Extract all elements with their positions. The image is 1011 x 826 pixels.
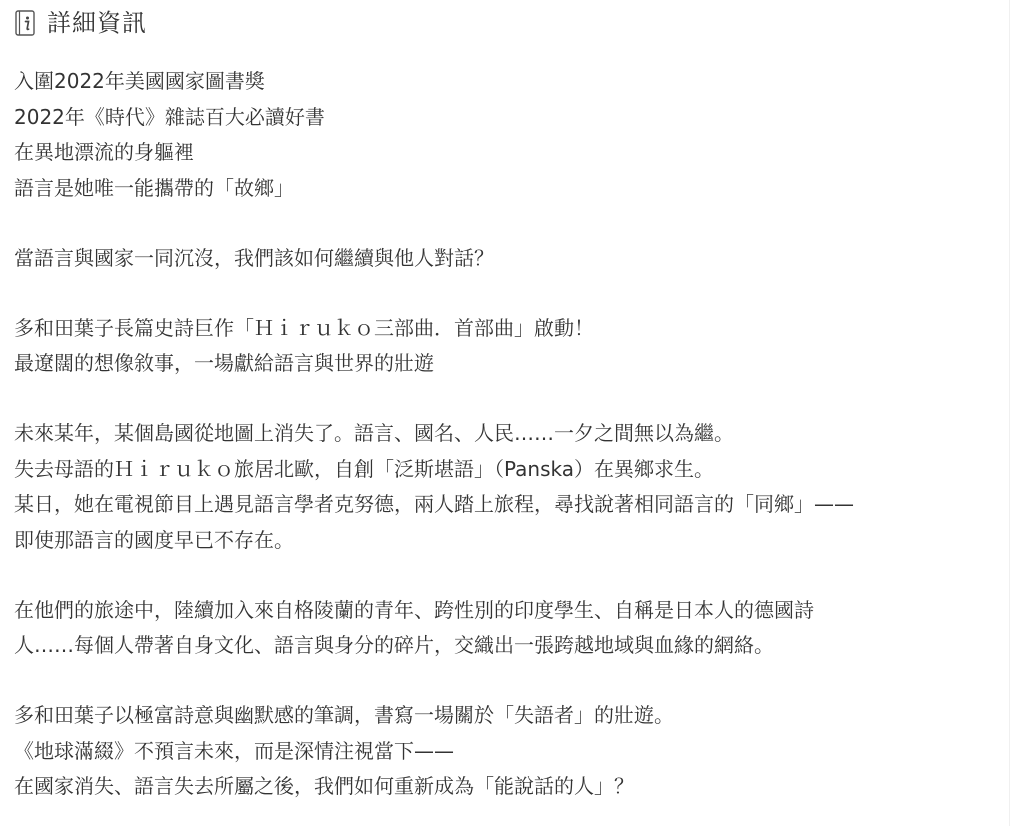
book-description: 入圍2022年美國國家圖書獎 2022年《時代》雜誌百大必讀好書 在異地漂流的身…	[14, 64, 994, 805]
paragraph-closing: 多和田葉子以極富詩意與幽默感的筆調，書寫一場關於「失語者」的壯遊。 《地球滿綴》…	[14, 698, 994, 805]
text-line: 《地球滿綴》不預言未來，而是深情注視當下——	[14, 734, 994, 770]
text-line: 失去母語的Ｈｉｒｕｋｏ旅居北歐，自創「泛斯堪語」（Panska）在異鄉求生。	[14, 452, 994, 488]
text-line: 多和田葉子以極富詩意與幽默感的筆調，書寫一場關於「失語者」的壯遊。	[14, 698, 994, 734]
paragraph-synopsis: 未來某年，某個島國從地圖上消失了。語言、國名、人民……一夕之間無以為繼。 失去母…	[14, 416, 994, 558]
paragraph-spacer	[14, 206, 994, 241]
paragraph-spacer	[14, 558, 994, 593]
text-line: 最遼闊的想像敘事，一場獻給語言與世界的壯遊	[14, 346, 994, 382]
info-book-icon	[15, 10, 35, 36]
paragraph-spacer	[14, 664, 994, 699]
paragraph-journey: 在他們的旅途中，陸續加入來自格陵蘭的青年、跨性別的印度學生、自稱是日本人的德國詩…	[14, 593, 994, 664]
text-line: 語言是她唯一能攜帶的「故鄉」	[14, 171, 994, 207]
text-line: 當語言與國家一同沉沒，我們該如何繼續與他人對話？	[14, 241, 994, 277]
section-title: 詳細資訊	[47, 6, 147, 40]
text-line: 在國家消失、語言失去所屬之後，我們如何重新成為「能說話的人」？	[14, 769, 994, 805]
text-line: 入圍2022年美國國家圖書獎	[14, 64, 994, 100]
text-line: 人……每個人帶著自身文化、語言與身分的碎片，交織出一張跨越地域與血緣的網絡。	[14, 628, 994, 664]
paragraph-question: 當語言與國家一同沉沒，我們該如何繼續與他人對話？	[14, 241, 994, 277]
paragraph-trilogy: 多和田葉子長篇史詩巨作「Ｈｉｒｕｋｏ三部曲．首部曲」啟動！ 最遼闊的想像敘事，一…	[14, 311, 994, 382]
text-line: 某日，她在電視節目上遇見語言學者克努德，兩人踏上旅程，尋找說著相同語言的「同鄉」…	[14, 487, 994, 523]
section-header: 詳細資訊	[15, 6, 147, 40]
text-line: 即使那語言的國度早已不存在。	[14, 523, 994, 559]
paragraph-spacer	[14, 382, 994, 417]
text-line: 2022年《時代》雜誌百大必讀好書	[14, 100, 994, 136]
text-line: 多和田葉子長篇史詩巨作「Ｈｉｒｕｋｏ三部曲．首部曲」啟動！	[14, 311, 994, 347]
paragraph-awards: 入圍2022年美國國家圖書獎 2022年《時代》雜誌百大必讀好書 在異地漂流的身…	[14, 64, 994, 206]
text-line: 在他們的旅途中，陸續加入來自格陵蘭的青年、跨性別的印度學生、自稱是日本人的德國詩	[14, 593, 994, 629]
text-line: 未來某年，某個島國從地圖上消失了。語言、國名、人民……一夕之間無以為繼。	[14, 416, 994, 452]
text-line: 在異地漂流的身軀裡	[14, 135, 994, 171]
paragraph-spacer	[14, 276, 994, 311]
book-details-panel: 詳細資訊 入圍2022年美國國家圖書獎 2022年《時代》雜誌百大必讀好書 在異…	[0, 0, 1010, 826]
